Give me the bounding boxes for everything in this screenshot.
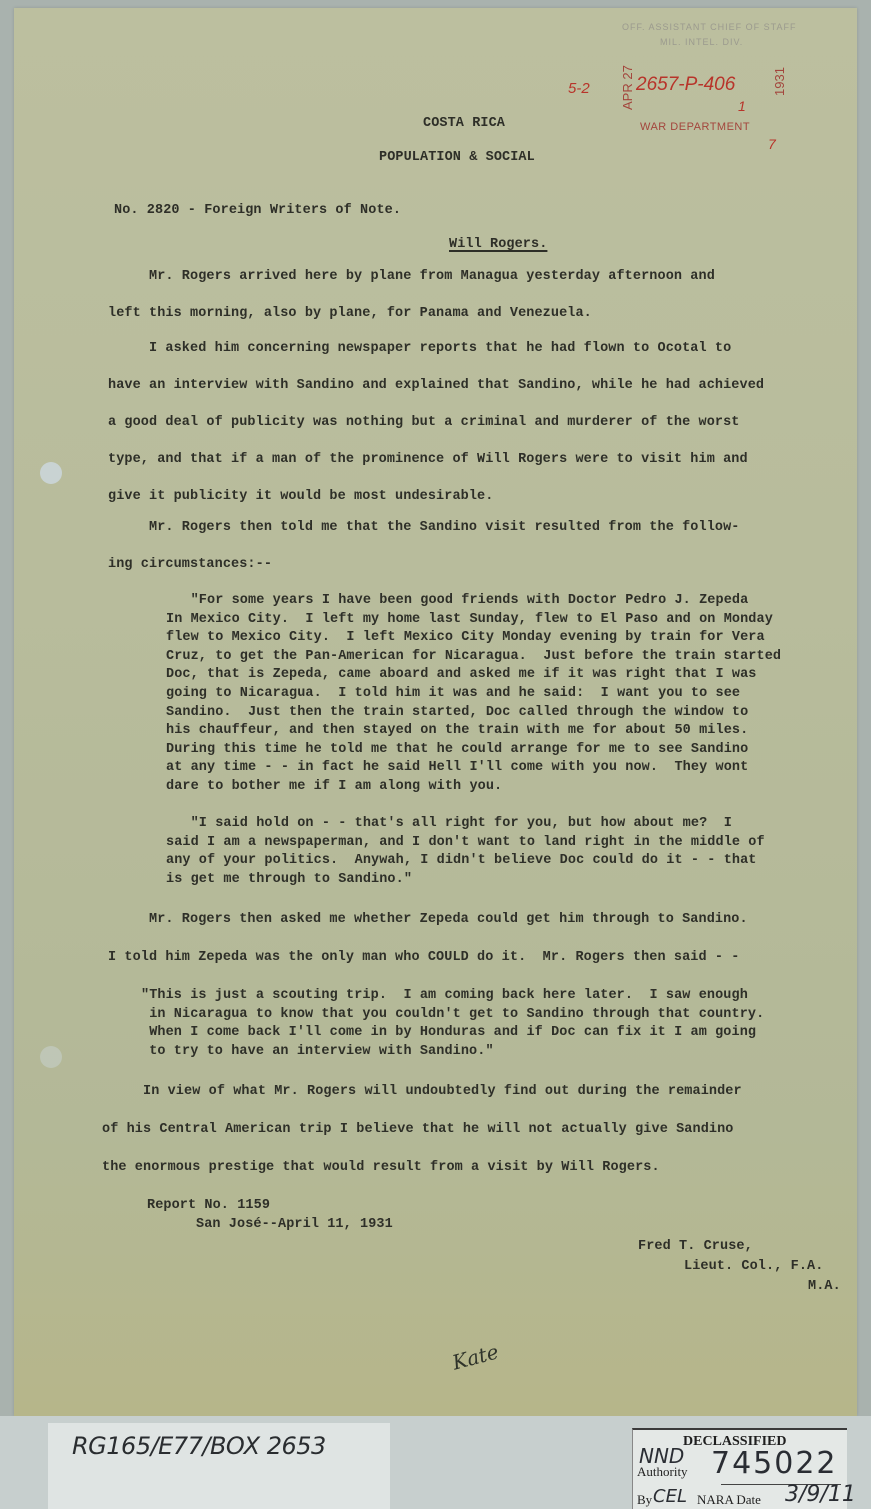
punch-hole [40,462,62,484]
text-line: left this morning, also by plane, for Pa… [108,307,592,321]
file-number: 2657-P-406 [636,74,735,96]
date-stamp-month: APR 27 [620,65,635,110]
office-stamp-line1: OFF. ASSISTANT CHIEF OF STAFF [622,22,797,32]
text-line: dare to bother me if I am along with you… [166,780,502,794]
declass-date-value: 3/9/11 [785,1482,856,1507]
declass-by-value: CEL [653,1486,687,1507]
file-number-prefix: 5-2 [568,80,590,97]
header-category: POPULATION & SOCIAL [379,151,535,165]
text-line: of his Central American trip I believe t… [102,1123,734,1137]
text-line: said I am a newspaperman, and I don't wa… [166,836,765,850]
text-line: flew to Mexico City. I left Mexico City … [166,631,765,645]
report-number: Report No. 1159 [147,1199,270,1213]
declass-authority-label: Authority [637,1464,688,1480]
text-line: In Mexico City. I left my home last Sund… [166,613,773,627]
war-department-stamp: WAR DEPARTMENT [640,121,750,133]
signer-rank: Lieut. Col., F.A. [684,1260,823,1274]
date-stamp-year: 1931 [772,67,787,96]
text-line: his chauffeur, and then stayed on the tr… [166,724,748,738]
text-line: "I said hold on - - that's all right for… [166,817,732,831]
header-country: COSTA RICA [423,117,505,131]
text-line: at any time - - in fact he said Hell I'l… [166,761,748,775]
subject-title: Will Rogers. [449,238,547,252]
text-line: Mr. Rogers then told me that the Sandino… [108,521,740,535]
signer-name: Fred T. Cruse, [638,1240,753,1254]
declass-authority-value: 745022 [711,1446,838,1481]
text-line: is get me through to Sandino." [166,873,412,887]
text-line: I asked him concerning newspaper reports… [108,342,731,356]
archive-label-text: RG165/E77/BOX 2653 [72,1432,326,1460]
signer-role: M.A. [808,1280,841,1294]
place-date: San José--April 11, 1931 [196,1218,393,1232]
text-line: Doc, that is Zepeda, came aboard and ask… [166,668,757,682]
file-number-sub: 1 [738,98,746,114]
subject-line: No. 2820 - Foreign Writers of Note. [114,204,401,218]
margin-mark: 7 [768,136,776,152]
office-stamp-line2: MIL. INTEL. DIV. [660,37,743,47]
text-line: any of your politics. Anywah, I didn't b… [166,854,757,868]
text-line: ing circumstances:-- [108,558,272,572]
text-line: "This is just a scouting trip. I am comi… [141,989,748,1003]
text-line: Mr. Rogers arrived here by plane from Ma… [108,270,715,284]
punch-hole [40,1046,62,1068]
text-line: Sandino. Just then the train started, Do… [166,706,748,720]
text-line: in Nicaragua to know that you couldn't g… [141,1008,764,1022]
text-line: Mr. Rogers then asked me whether Zepeda … [108,913,748,927]
text-line: "For some years I have been good friends… [166,594,748,608]
text-line: to try to have an interview with Sandino… [141,1045,494,1059]
text-line: Cruz, to get the Pan-American for Nicara… [166,650,781,664]
text-line: the enormous prestige that would result … [102,1161,660,1175]
declassification-stamp: DECLASSIFIED NND Authority 745022 By CEL… [632,1428,847,1509]
declass-nara-label: NARA Date [697,1492,761,1508]
text-line: give it publicity it would be most undes… [108,490,493,504]
text-line: I told him Zepeda was the only man who C… [108,951,740,965]
text-line: going to Nicaragua. I told him it was an… [166,687,740,701]
text-line: During this time he told me that he coul… [166,743,748,757]
text-line: type, and that if a man of the prominenc… [108,453,748,467]
text-line: a good deal of publicity was nothing but… [108,416,740,430]
declass-by-label: By [637,1492,652,1508]
text-line: have an interview with Sandino and expla… [108,379,764,393]
text-line: When I come back I'll come in by Hondura… [141,1026,756,1040]
text-line: In view of what Mr. Rogers will undoubte… [102,1085,742,1099]
